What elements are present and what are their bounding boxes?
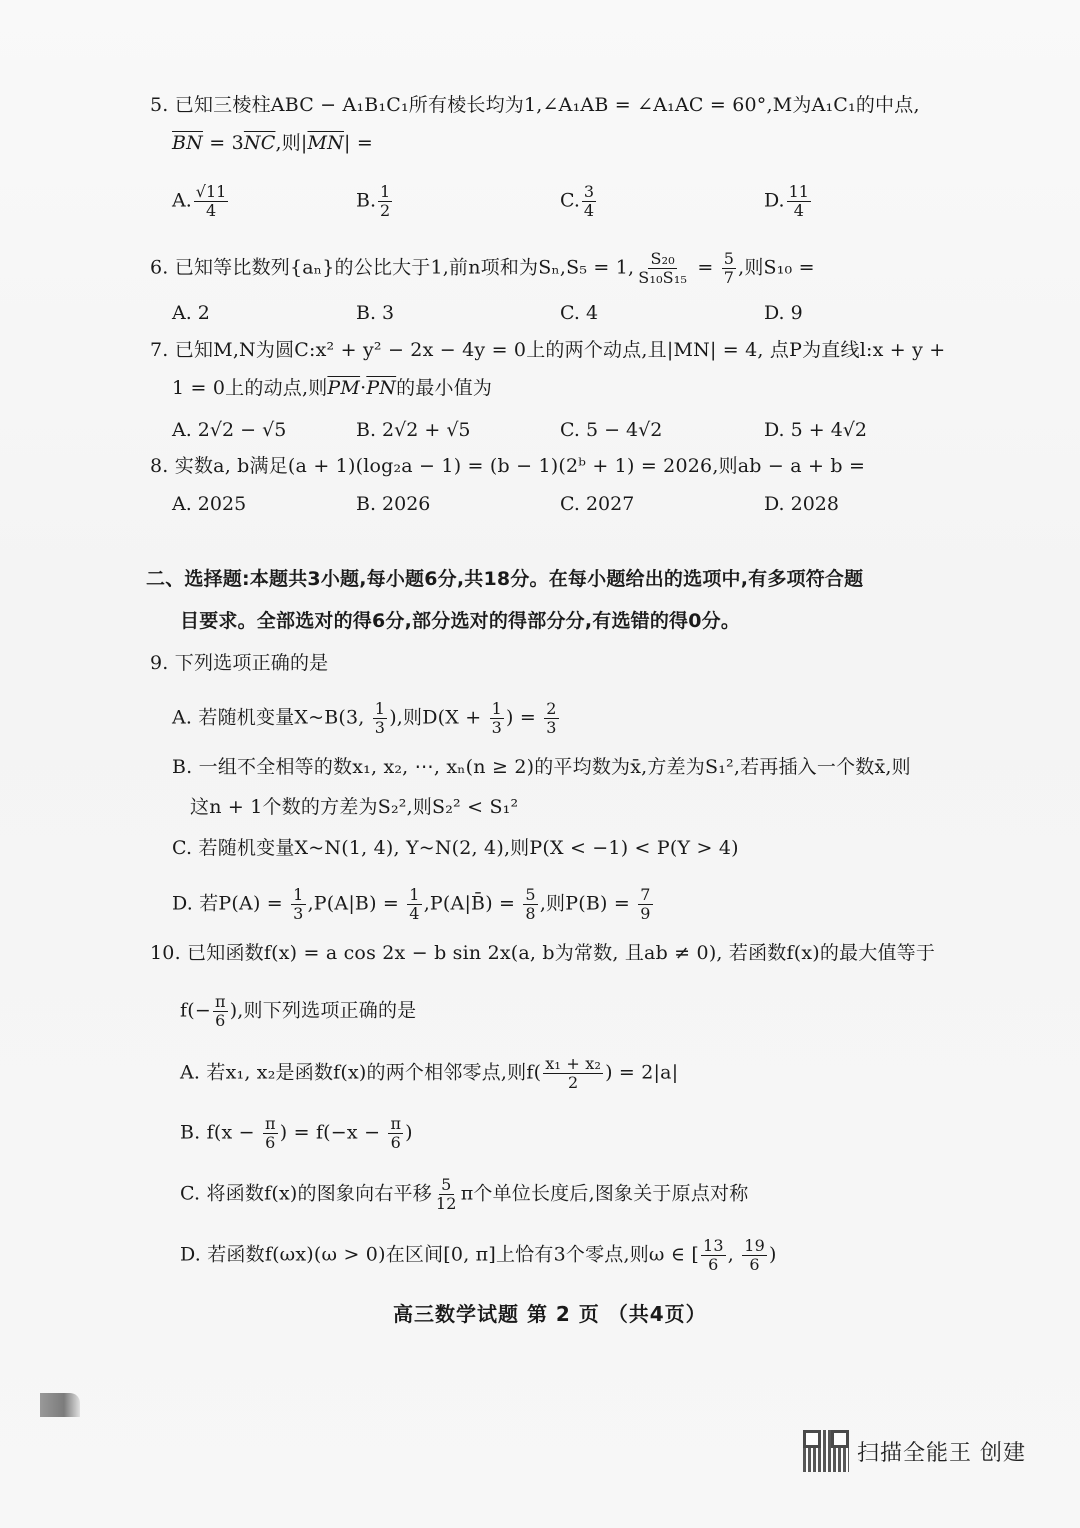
numerator: 1 xyxy=(373,700,387,719)
numerator: 3 xyxy=(582,183,596,202)
fraction: π6 xyxy=(388,1115,403,1152)
option-label: C. xyxy=(560,190,580,212)
denominator: 6 xyxy=(747,1256,761,1274)
numerator: 1 xyxy=(407,886,421,905)
text: ,P(A|B) = xyxy=(308,893,406,915)
fraction: 114 xyxy=(787,183,811,220)
vector-mn: MN xyxy=(308,132,344,154)
numerator: 5 xyxy=(439,1176,453,1195)
text: D. 若P(A) = xyxy=(172,893,289,915)
q7-stem-line1: 7. 已知M,N为圆C:x² + y² − 2x − 4y = 0上的两个动点,… xyxy=(150,337,945,363)
numerator: 1 xyxy=(378,183,392,202)
page-footer: 高三数学试题 第 2 页 （共4页） xyxy=(393,1298,707,1327)
denominator: 6 xyxy=(213,1012,227,1030)
vector-nc: NC xyxy=(244,132,276,154)
denominator: 4 xyxy=(792,202,806,220)
numerator: 2 xyxy=(544,700,558,719)
numerator: S₂₀ xyxy=(648,250,676,269)
numerator: 19 xyxy=(742,1237,767,1256)
q5-option-c: C.34 xyxy=(560,183,598,220)
q7-stem-line2: 1 = 0上的动点,则PM·PN的最小值为 xyxy=(172,375,492,401)
text: 的最小值为 xyxy=(396,377,492,399)
text: | = xyxy=(344,132,373,154)
fraction: 136 xyxy=(701,1237,726,1274)
q6-option-b: B. 3 xyxy=(356,300,394,326)
watermark-text: 扫描全能王 创建 xyxy=(857,1436,1026,1467)
q6-option-c: C. 4 xyxy=(560,300,598,326)
text: = 3 xyxy=(203,132,244,154)
denominator: 2 xyxy=(378,202,392,220)
section2-heading-line2: 目要求。全部选对的得6分,部分选对的得部分分,有选错的得0分。 xyxy=(180,608,740,634)
q9-option-d: D. 若P(A) = 13,P(A|B) = 14,P(A|B̄) = 58,则… xyxy=(172,886,655,923)
text: ) = f(−x − xyxy=(280,1122,387,1144)
fraction: 512 xyxy=(434,1176,459,1213)
text: 1 = 0上的动点,则 xyxy=(172,377,327,399)
fraction: 79 xyxy=(638,886,652,923)
option-label: B. xyxy=(356,190,376,212)
q9-option-c: C. 若随机变量X~N(1, 4), Y~N(2, 4),则P(X < −1) … xyxy=(172,835,739,861)
numerator: 11 xyxy=(787,183,811,202)
text: ),则下列选项正确的是 xyxy=(230,1000,417,1022)
q5-stem-line1: 5. 已知三棱柱ABC − A₁B₁C₁所有棱长均为1,∠A₁AB = ∠A₁A… xyxy=(150,92,920,118)
denominator: 6 xyxy=(706,1256,720,1274)
fraction: x₁ + x₂2 xyxy=(543,1055,603,1092)
fraction: 58 xyxy=(523,886,537,923)
q6-option-d: D. 9 xyxy=(764,300,803,326)
fraction: π6 xyxy=(263,1115,278,1152)
q5-option-d: D.114 xyxy=(764,183,813,220)
text: = xyxy=(691,257,720,279)
vector-pn: PN xyxy=(366,377,396,399)
fraction: 57 xyxy=(722,250,736,287)
numerator: √11 xyxy=(194,183,229,202)
numerator: π xyxy=(263,1115,278,1134)
q6-option-a: A. 2 xyxy=(172,300,210,326)
option-label: A. xyxy=(172,190,192,212)
scanner-watermark: 扫描全能王 创建 xyxy=(803,1430,1026,1472)
vector-bn: BN xyxy=(172,132,203,154)
q7-option-b: B. 2√2 + √5 xyxy=(356,417,471,443)
text: ,P(A|B̄) = xyxy=(424,893,522,915)
fraction: √114 xyxy=(194,183,229,220)
q7-option-d: D. 5 + 4√2 xyxy=(764,417,867,443)
numerator: 1 xyxy=(490,700,504,719)
q10-stem-line2: f(−π6),则下列选项正确的是 xyxy=(180,993,416,1030)
denominator: 7 xyxy=(722,269,736,287)
fraction: S₂₀S₁₀S₁₅ xyxy=(636,250,689,287)
text: B. f(x − xyxy=(180,1122,261,1144)
q8-stem: 8. 实数a, b满足(a + 1)(log₂a − 1) = (b − 1)(… xyxy=(150,453,865,479)
text: ,则| xyxy=(275,132,307,154)
q8-option-a: A. 2025 xyxy=(172,491,246,517)
option-label: D. xyxy=(764,190,785,212)
numerator: 7 xyxy=(638,886,652,905)
fraction: 13 xyxy=(490,700,504,737)
q7-option-c: C. 5 − 4√2 xyxy=(560,417,662,443)
text: A. 若随机变量X~B(3, xyxy=(172,707,371,729)
text: f(− xyxy=(180,1000,211,1022)
denominator: 4 xyxy=(582,202,596,220)
vector-pm: PM xyxy=(327,377,360,399)
denominator: S₁₀S₁₅ xyxy=(636,269,689,287)
q9-option-b-line1: B. 一组不全相等的数x₁, x₂, ⋯, xₙ(n ≥ 2)的平均数为x̄,方… xyxy=(172,754,911,780)
q10-option-b: B. f(x − π6) = f(−x − π6) xyxy=(180,1115,413,1152)
denominator: 3 xyxy=(373,719,387,737)
denominator: 9 xyxy=(638,905,652,923)
text: ) xyxy=(405,1122,413,1144)
numerator: π xyxy=(388,1115,403,1134)
numerator: π xyxy=(213,993,228,1012)
fraction: 13 xyxy=(291,886,305,923)
q9-stem: 9. 下列选项正确的是 xyxy=(150,650,328,676)
q7-option-a: A. 2√2 − √5 xyxy=(172,417,286,443)
q8-option-d: D. 2028 xyxy=(764,491,839,517)
text: ,则S₁₀ = xyxy=(738,257,815,279)
numerator: 1 xyxy=(291,886,305,905)
q9-option-b-line2: 这n + 1个数的方差为S₂²,则S₂² < S₁² xyxy=(190,794,518,820)
q8-option-c: C. 2027 xyxy=(560,491,634,517)
denominator: 8 xyxy=(523,905,537,923)
section2-heading-line1: 二、选择题:本题共3小题,每小题6分,共18分。在每小题给出的选项中,有多项符合… xyxy=(146,566,863,592)
q10-option-d: D. 若函数f(ωx)(ω > 0)在区间[0, π]上恰有3个零点,则ω ∈ … xyxy=(180,1237,777,1274)
q6-stem: 6. 已知等比数列{aₙ}的公比大于1,前n项和为Sₙ,S₅ = 1,S₂₀S₁… xyxy=(150,250,815,287)
text: π个单位长度后,图象关于原点对称 xyxy=(461,1183,749,1205)
fraction: 196 xyxy=(742,1237,767,1274)
q5-option-b: B.12 xyxy=(356,183,394,220)
text: D. 若函数f(ωx)(ω > 0)在区间[0, π]上恰有3个零点,则ω ∈ … xyxy=(180,1244,699,1266)
denominator: 3 xyxy=(291,905,305,923)
q10-option-a: A. 若x₁, x₂是函数f(x)的两个相邻零点,则f(x₁ + x₂2) = … xyxy=(180,1055,678,1092)
denominator: 2 xyxy=(566,1074,580,1092)
fraction: 14 xyxy=(407,886,421,923)
fraction: 12 xyxy=(378,183,392,220)
fraction: 23 xyxy=(544,700,558,737)
text: ,则P(B) = xyxy=(540,893,636,915)
numerator: x₁ + x₂ xyxy=(543,1055,603,1074)
fraction: 34 xyxy=(582,183,596,220)
q10-option-c: C. 将函数f(x)的图象向右平移512π个单位长度后,图象关于原点对称 xyxy=(180,1176,748,1213)
denominator: 4 xyxy=(204,202,218,220)
denominator: 6 xyxy=(263,1134,277,1152)
fraction: π6 xyxy=(213,993,228,1030)
text: ) = 2|a| xyxy=(605,1062,678,1084)
numerator: 5 xyxy=(523,886,537,905)
denominator: 6 xyxy=(389,1134,403,1152)
text: C. 将函数f(x)的图象向右平移 xyxy=(180,1183,432,1205)
text: ) xyxy=(769,1244,777,1266)
fraction: 13 xyxy=(373,700,387,737)
denominator: 4 xyxy=(407,905,421,923)
text: A. 若x₁, x₂是函数f(x)的两个相邻零点,则f( xyxy=(180,1062,541,1084)
denominator: 3 xyxy=(544,719,558,737)
denominator: 12 xyxy=(434,1195,459,1213)
numerator: 13 xyxy=(701,1237,726,1256)
q5-option-a: A.√114 xyxy=(172,183,230,220)
exam-page: 5. 已知三棱柱ABC − A₁B₁C₁所有棱长均为1,∠A₁AB = ∠A₁A… xyxy=(0,0,1080,1528)
q8-option-b: B. 2026 xyxy=(356,491,430,517)
q5-stem-line2: BN = 3NC,则|MN| = xyxy=(172,130,373,156)
text: ) = xyxy=(506,707,542,729)
q9-option-a: A. 若随机变量X~B(3, 13),则D(X + 13) = 23 xyxy=(172,700,561,737)
text: 6. 已知等比数列{aₙ}的公比大于1,前n项和为Sₙ,S₅ = 1, xyxy=(150,257,634,279)
qr-code-icon xyxy=(803,1430,849,1472)
scan-smudge xyxy=(40,1393,80,1417)
denominator: 3 xyxy=(490,719,504,737)
numerator: 5 xyxy=(722,250,736,269)
q10-stem-line1: 10. 已知函数f(x) = a cos 2x − b sin 2x(a, b为… xyxy=(150,940,935,966)
text: , xyxy=(728,1244,740,1266)
text: ),则D(X + xyxy=(389,707,487,729)
